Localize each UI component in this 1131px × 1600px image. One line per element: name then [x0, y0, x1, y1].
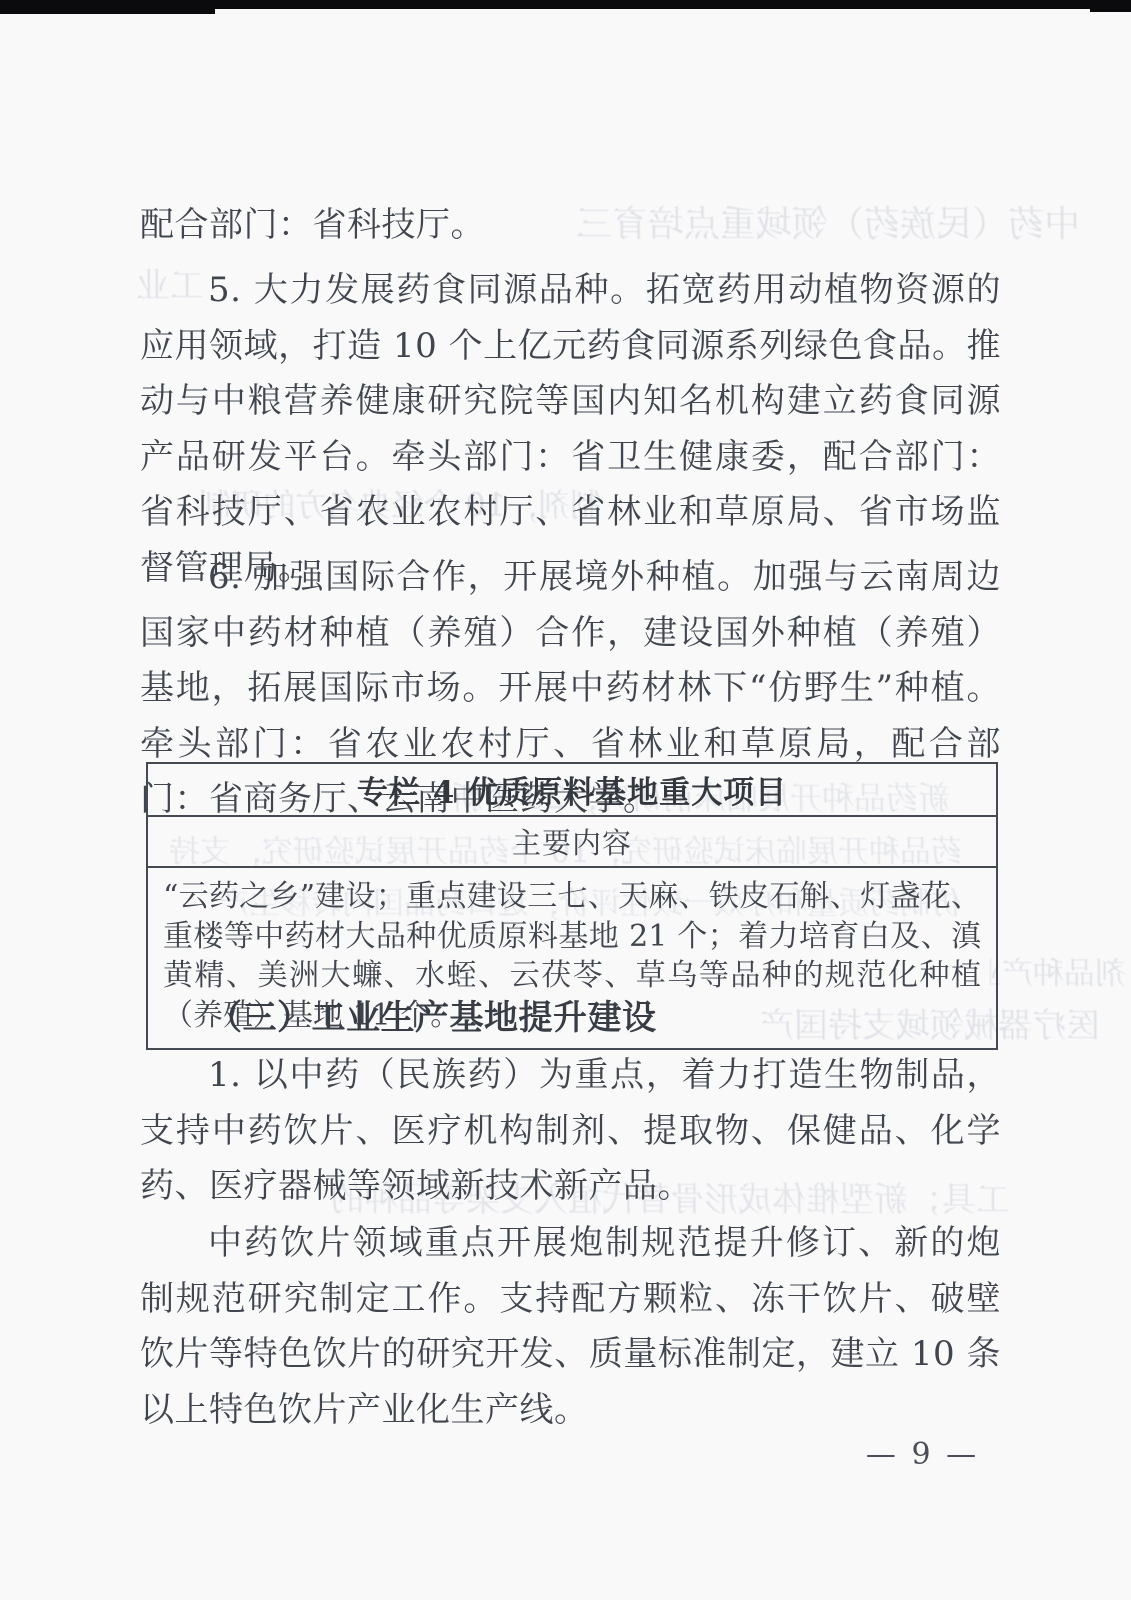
box-title: 专栏 4 优质原料基地重大项目 [148, 764, 996, 817]
section-heading-3: （三）工业生产基地提升建设 [140, 991, 1001, 1047]
paragraph-section3-decoction: 中药饮片领域重点开展炮制规范提升修订、新的炮制规范研究制定工作。支持配方颗粒、冻… [140, 1216, 1001, 1438]
box-subtitle: 主要内容 [148, 817, 996, 868]
paragraph-section3-item-1: 1. 以中药（民族药）为重点，着力打造生物制品，支持中药饮片、医疗机构制剂、提取… [140, 1048, 1001, 1215]
bleedthrough-text: 剂品种产业化 [990, 948, 1126, 993]
paragraph-cooperating-department: 配合部门：省科技厅。 [140, 198, 1001, 254]
scanned-document-page: 中药（民族药）领域重点培育三 工业 制剂，10 个经典名方的研制 新药品种开展临… [0, 0, 1131, 1600]
scanner-edge-artifact-right [1090, 0, 1131, 12]
page-number: — 9 — [850, 1437, 995, 1472]
scanner-edge-artifact-left [0, 0, 215, 14]
paragraph-item-5: 5. 大力发展药食同源品种。拓宽药用动植物资源的应用领域，打造 10 个上亿元药… [140, 263, 1001, 596]
